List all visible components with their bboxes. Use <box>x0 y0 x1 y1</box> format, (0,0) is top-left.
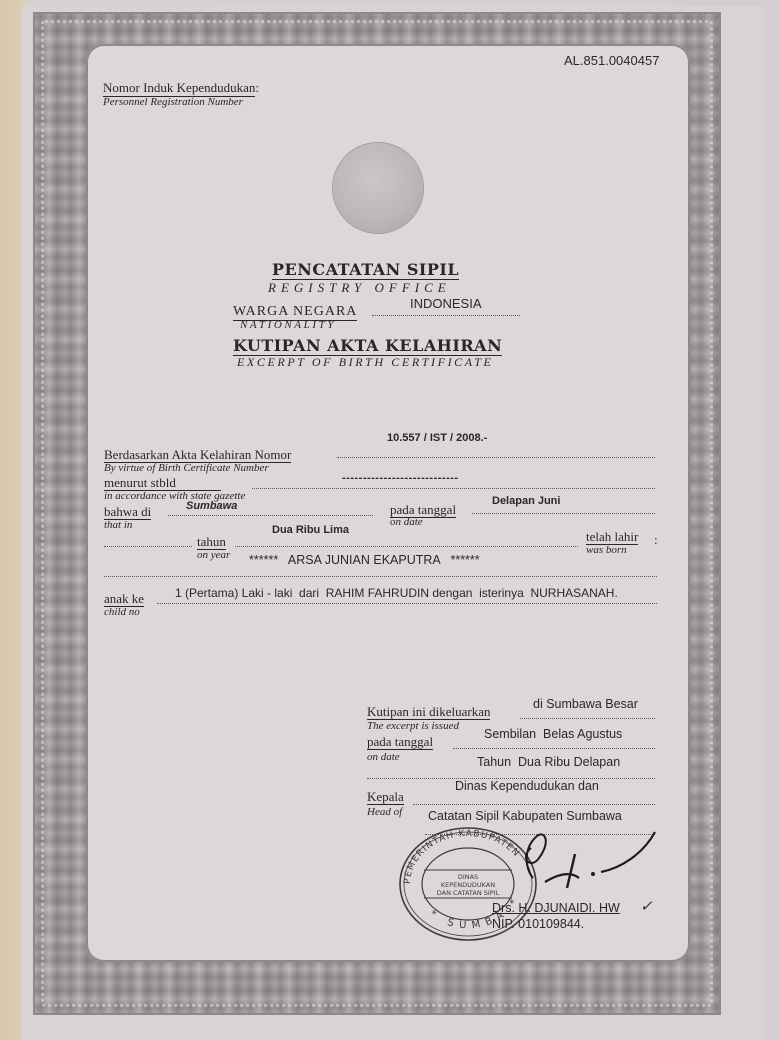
issued-date-label: pada tanggal <box>367 735 433 750</box>
issued-date-value-line1: Sembilan Belas Agustus <box>484 728 622 741</box>
signature <box>505 818 665 898</box>
signatory-nip: NIP. 010109844. <box>492 918 584 931</box>
nik-label: Nomor Induk Kependudukan: <box>103 80 259 96</box>
birthplace-value: Sumbawa <box>186 501 237 512</box>
birth-year-label: tahun <box>197 535 226 550</box>
nationality-label-en: NATIONALITY <box>240 320 336 331</box>
born-label: telah lahir <box>586 530 638 545</box>
office-title: PENCATATAN SIPIL <box>272 262 459 280</box>
child-no-label: anak ke <box>104 592 144 607</box>
certificate-title: KUTIPAN AKTA KELAHIRAN <box>233 338 502 356</box>
issued-date-value-line2: Tahun Dua Ribu Delapan <box>477 756 620 769</box>
initial-mark: ✓ <box>640 899 653 914</box>
head-of-dotted-line <box>413 804 655 805</box>
child-description-value: 1 (Pertama) Laki - laki dari RAHIM FAHRU… <box>175 587 618 599</box>
name-dotted-line <box>104 576 657 577</box>
child-name-value: ****** ARSA JUNIAN EKAPUTRA ****** <box>249 554 480 567</box>
head-of-label: Kepala <box>367 790 404 805</box>
serial-number: AL.851.0040457 <box>564 54 659 67</box>
cert-number-value: 10.557 / IST / 2008.- <box>387 433 487 444</box>
birthplace-sublabel: that in <box>104 520 132 531</box>
cert-number-sublabel: By virtue of Birth Certificate Number <box>104 463 269 474</box>
issued-date-sublabel: on date <box>367 752 400 763</box>
svg-text:DINAS: DINAS <box>458 873 478 881</box>
year-right-dotted-line <box>235 546 578 547</box>
issued-sublabel: The excerpt is issued <box>367 721 459 732</box>
cert-number-label: Berdasarkan Akta Kelahiran Nomor <box>104 448 291 463</box>
svg-text:KEPENDUDUKAN: KEPENDUDUKAN <box>441 881 495 889</box>
certificate-title-en: EXCERPT OF BIRTH CERTIFICATE <box>237 356 493 368</box>
issued-place-value: di Sumbawa Besar <box>533 698 638 711</box>
embossed-seal <box>333 143 423 233</box>
issued-label: Kutipan ini dikeluarkan <box>367 705 490 720</box>
born-colon: : <box>654 533 658 546</box>
birthdate-value: Delapan Juni <box>492 496 560 507</box>
nationality-value: INDONESIA <box>410 297 482 310</box>
issued-dotted-line <box>520 718 655 719</box>
year-left-dotted-line <box>104 546 192 547</box>
nik-colon: : <box>255 80 259 95</box>
issued-date-dotted-line <box>453 748 655 749</box>
office-title-en: REGISTRY OFFICE <box>268 281 451 294</box>
head-of-sublabel: Head of <box>367 807 402 818</box>
birthdate-dotted-line <box>472 513 655 514</box>
signatory-name: Drs. H. DJUNAIDI. HW <box>492 902 620 915</box>
child-no-sublabel: child no <box>104 607 140 618</box>
stbld-value: ---------------------------- <box>342 473 459 484</box>
nik-sublabel: Personnel Registration Number <box>103 97 243 108</box>
stbld-label: menurut stbld <box>104 476 221 491</box>
head-of-value-line1: Dinas Kependudukan dan <box>455 780 599 793</box>
stbld-dotted-line <box>252 488 655 489</box>
born-sublabel: was born <box>586 545 627 556</box>
birthplace-dotted-line <box>168 515 373 516</box>
nik-label-text: Nomor Induk Kependudukan <box>103 80 255 97</box>
cert-number-dotted-line <box>337 457 655 458</box>
birthdate-sublabel: on date <box>390 517 423 528</box>
nationality-dotted-line <box>372 315 520 316</box>
birth-year-sublabel: on year <box>197 550 230 561</box>
birthplace-label: bahwa di <box>104 505 151 520</box>
birth-year-value: Dua Ribu Lima <box>272 525 349 536</box>
svg-text:DAN CATATAN SIPIL: DAN CATATAN SIPIL <box>437 889 500 897</box>
child-no-dotted-line <box>157 603 657 604</box>
